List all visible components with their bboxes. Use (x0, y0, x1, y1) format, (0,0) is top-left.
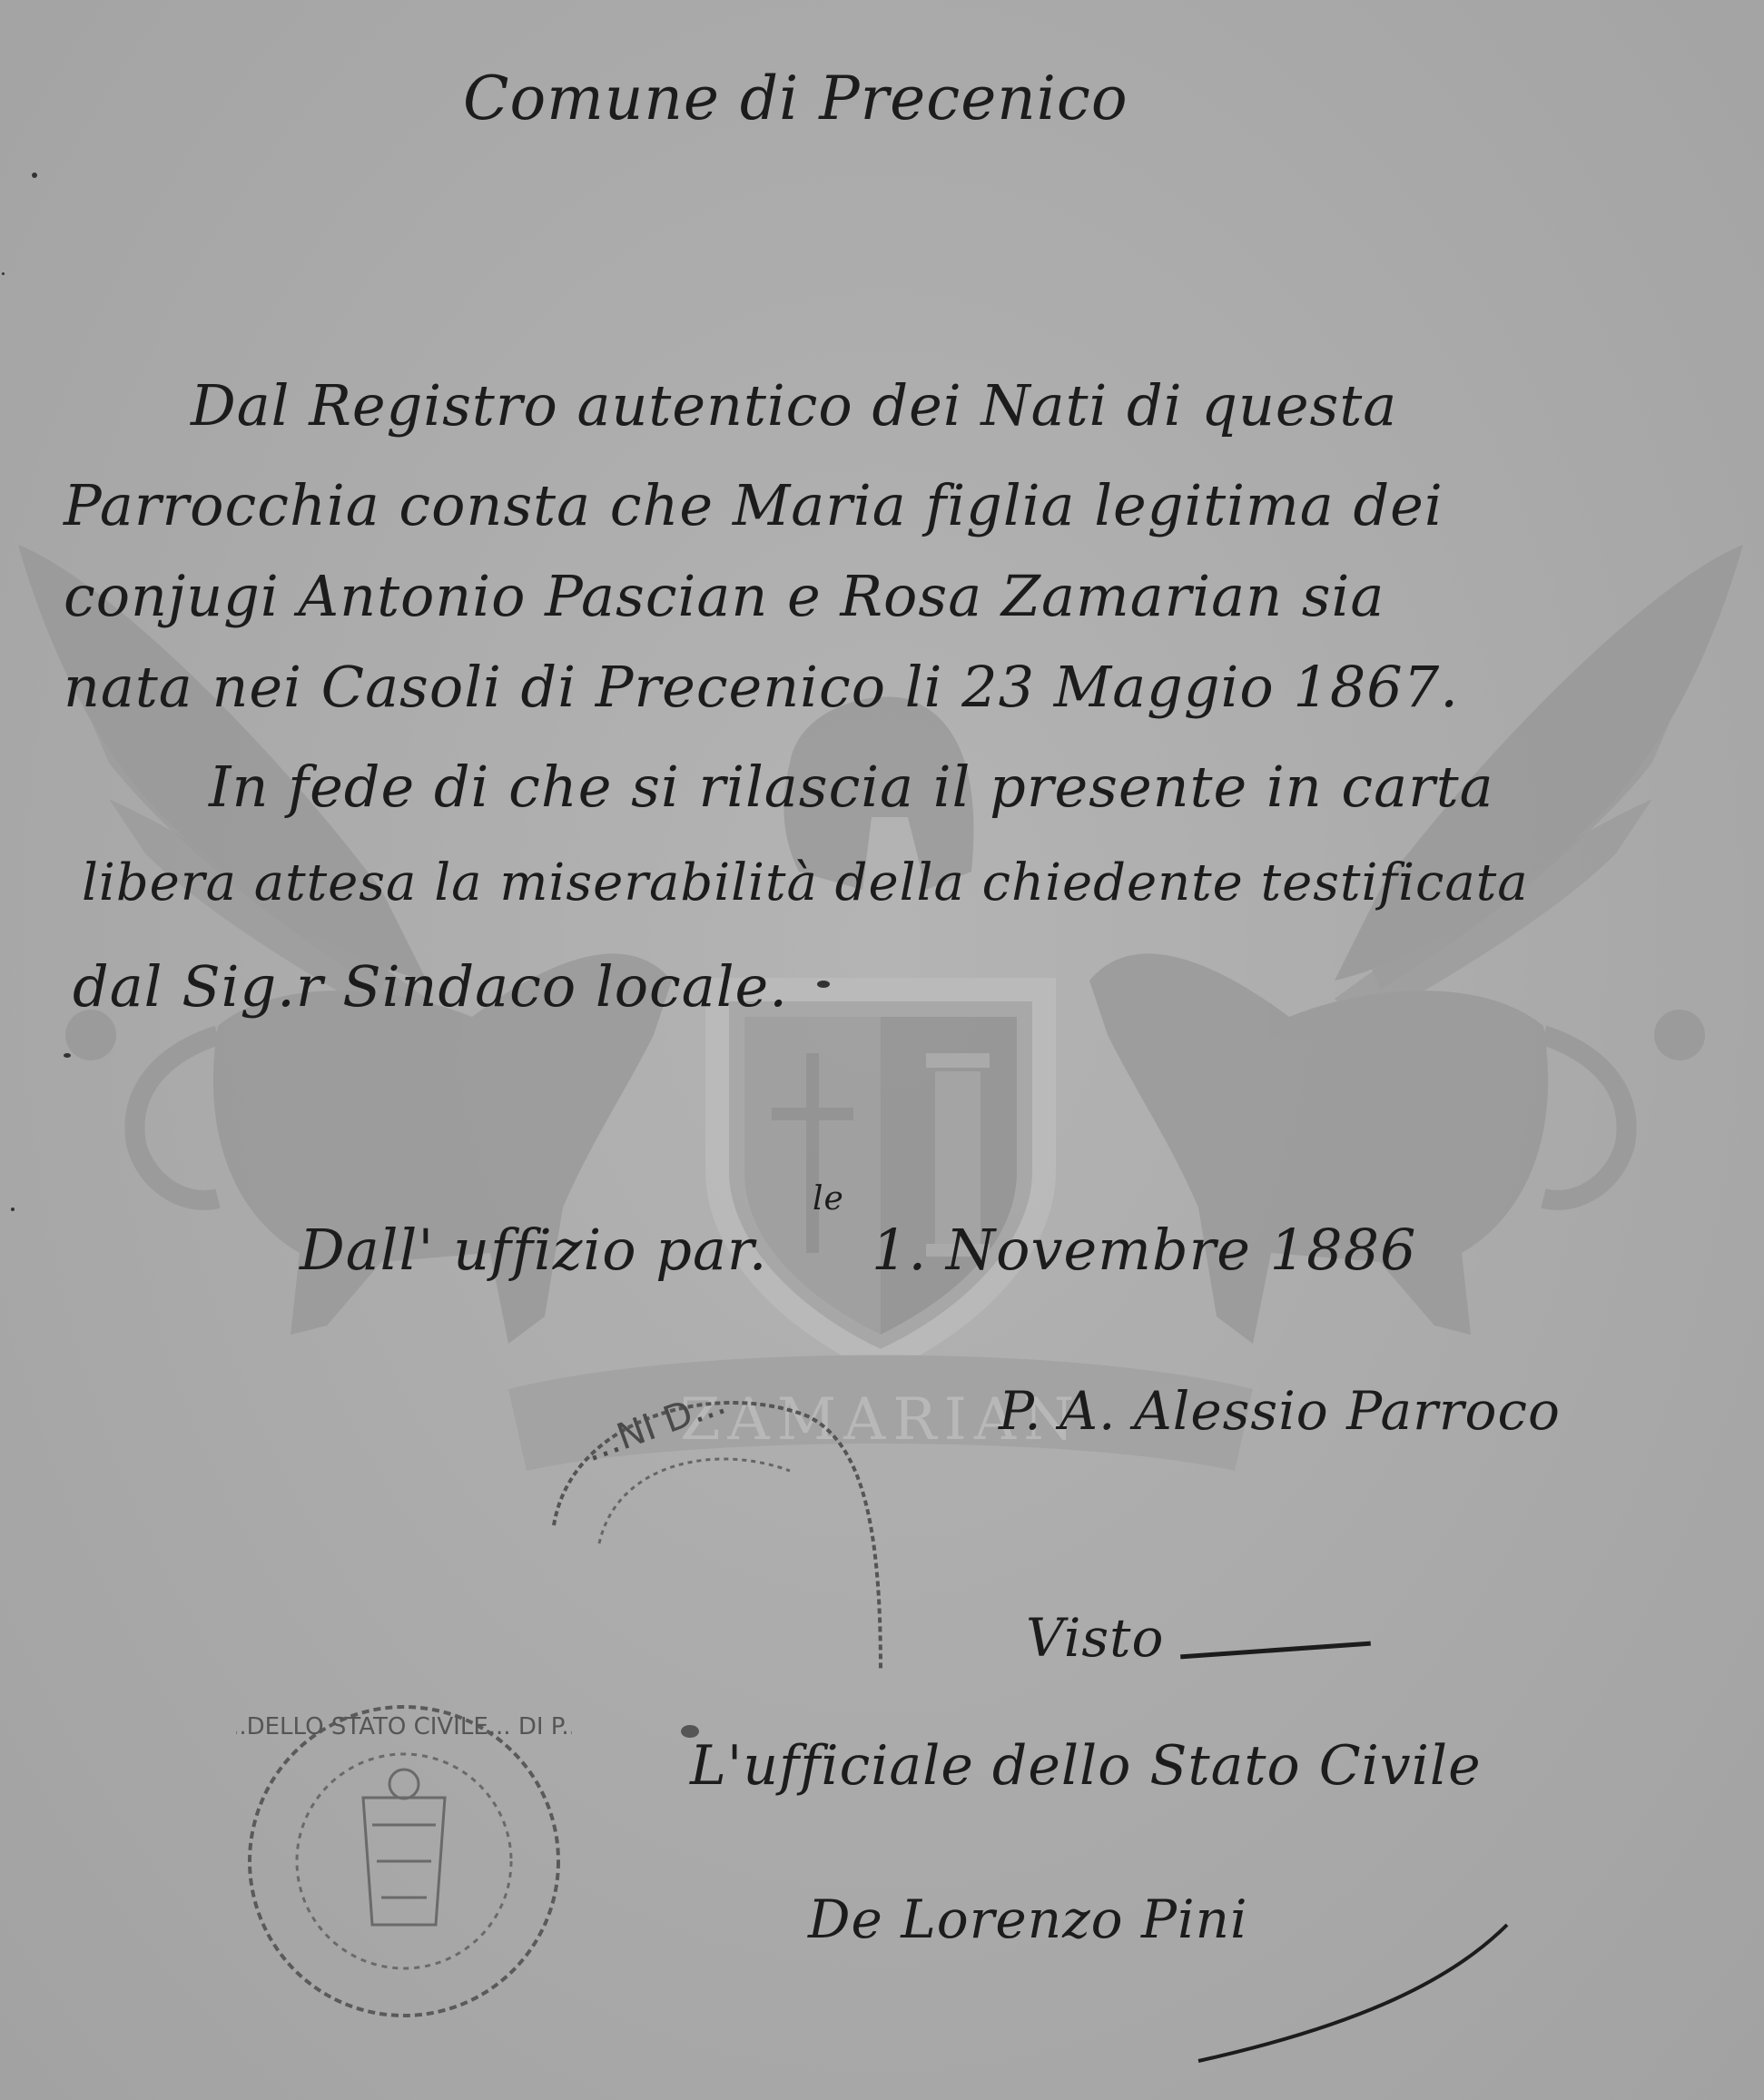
body-line-2: Parrocchia consta che Maria figlia legit… (64, 472, 1444, 538)
visto-label: Visto (1026, 1607, 1164, 1669)
body-line-5: In fede di che si rilascia il presente i… (209, 754, 1494, 820)
body-line-3: conjugi Antonio Pascian e Rosa Zamarian … (64, 563, 1385, 629)
parish-stamp: ...NI D... (536, 1362, 917, 1689)
ink-blot (681, 1725, 699, 1738)
right-lion-icon (1089, 953, 1548, 1344)
signature-flourish (1180, 1907, 1525, 2070)
body-line-4: nata nei Casoli di Precenico li 23 Maggi… (64, 654, 1459, 720)
date-line-superscript: le (813, 1180, 844, 1218)
svg-text:...NI D...: ...NI D... (579, 1381, 732, 1470)
cross-icon (806, 1053, 819, 1253)
ink-speck (64, 1053, 71, 1058)
body-line-1: Dal Registro autentico dei Nati di quest… (191, 372, 1397, 439)
ink-speck (2, 272, 5, 275)
body-line-7: dal Sig.r Sindaco locale. (73, 953, 788, 1020)
body-line-6: libera attesa la miserabilità della chie… (82, 853, 1529, 912)
document-header: Comune di Precenico (463, 64, 1128, 133)
date-line-prefix: Dall' uffizio par. (300, 1217, 767, 1283)
date-line-date: 1. Novembre 1886 (872, 1217, 1416, 1283)
civil-registry-stamp: ...DELLO STATO CIVILE... DI P... (236, 1698, 572, 2025)
svg-text:...DELLO STATO CIVILE... DI P.: ...DELLO STATO CIVILE... DI P... (236, 1713, 572, 1740)
shield-icon (717, 990, 1044, 1362)
visto-underline (1180, 1642, 1371, 1660)
document-page: ZAMARIAN Comune di Precenico Dal Registr… (0, 0, 1764, 2100)
column-icon (926, 1053, 990, 1068)
ink-speck (32, 173, 37, 178)
ink-speck (817, 981, 830, 988)
priest-signature: P. A. Alessio Parroco (999, 1380, 1561, 1442)
ink-speck (11, 1208, 15, 1211)
civil-officer-title: L'ufficiale dello Stato Civile (690, 1734, 1482, 1798)
